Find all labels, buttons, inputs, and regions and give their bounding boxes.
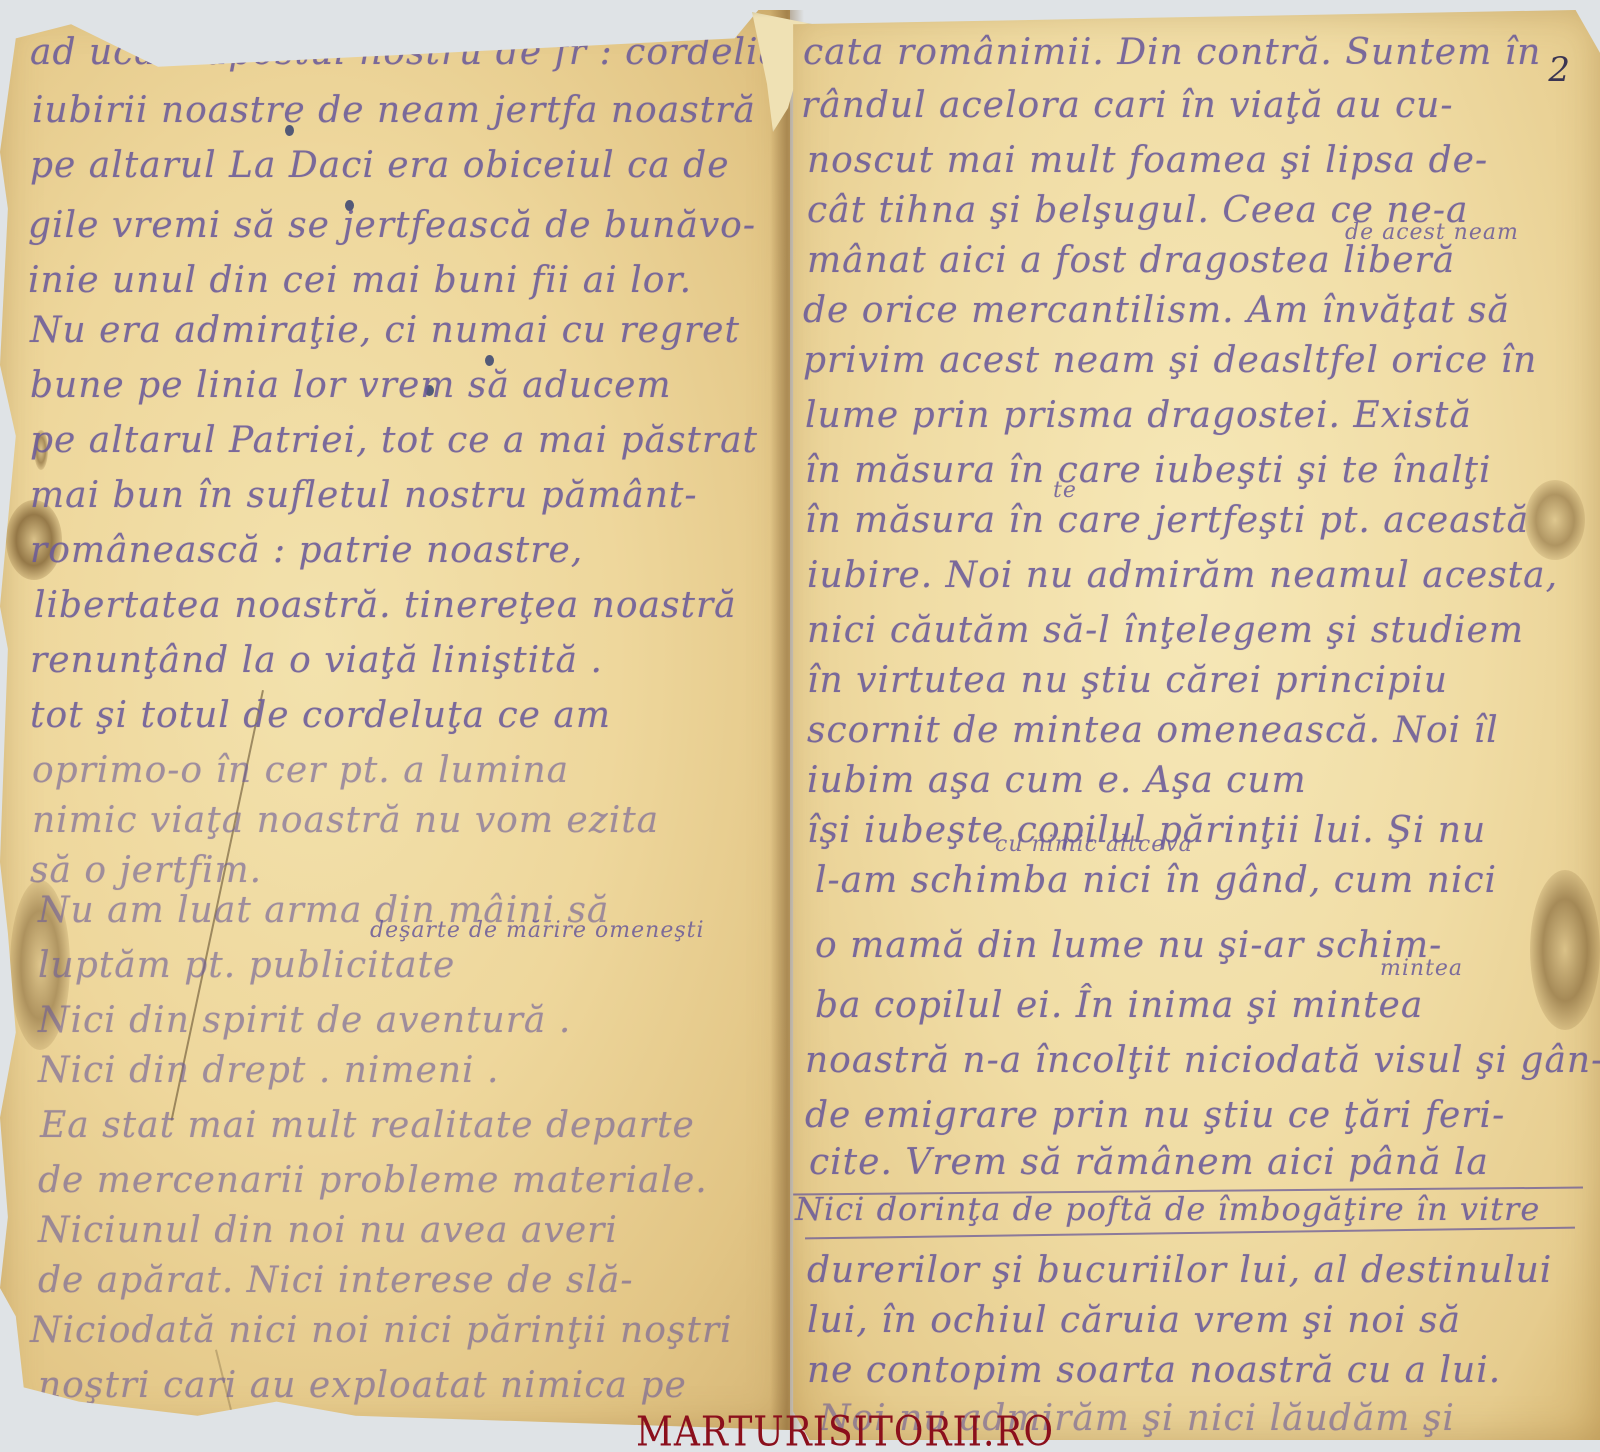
text-line: l-am schimba nici în gând, cum nici bbox=[815, 860, 1497, 901]
text-line: oprimo-o în cer pt. a lumina bbox=[32, 750, 569, 791]
text-line: nici căutăm să-l înţelegem şi studiem bbox=[807, 610, 1524, 651]
text-line: cata românimii. Din contră. Suntem în bbox=[803, 32, 1541, 73]
text-line: pe altarul La Daci era obiceiul ca de bbox=[30, 145, 730, 186]
text-line: ne contopim soarta noastră cu a lui. bbox=[807, 1350, 1501, 1391]
text-line: Nici dorinţa de poftă de îmbogăţire în v… bbox=[795, 1190, 1540, 1228]
text-line: iubire. Noi nu admirăm neamul acesta, bbox=[807, 555, 1558, 596]
text-line: noscut mai mult foamea şi lipsa de- bbox=[807, 140, 1488, 181]
site-watermark: MARTURISITORII.RO bbox=[636, 1409, 1054, 1452]
text-line: luptăm pt. publicitate bbox=[38, 945, 455, 986]
text-line: Niciodată nici noi nici părinţii noştri bbox=[30, 1310, 733, 1351]
divider-line bbox=[805, 1227, 1575, 1240]
text-line: privim acest neam şi deasltfel orice în bbox=[803, 340, 1537, 381]
text-line: ba copilul ei. În inima şi mintea bbox=[815, 985, 1423, 1026]
text-line: lui, în ochiul căruia vrem şi noi să bbox=[807, 1300, 1461, 1341]
text-line: bune pe linia lor vrem să aducem bbox=[30, 365, 672, 406]
text-line: noştri cari au exploatat nimica pe bbox=[38, 1365, 687, 1406]
text-line: în virtutea nu ştiu cărei principiu bbox=[807, 660, 1448, 701]
text-line: inie unul din cei mai buni fii ai lor. bbox=[28, 260, 692, 301]
text-line: să o jertfim. bbox=[30, 850, 262, 891]
water-stain bbox=[1525, 480, 1585, 560]
text-line: noastră n-a încolţit niciodată visul şi … bbox=[805, 1040, 1600, 1081]
text-line: pe altarul Patriei, tot ce a mai păstrat bbox=[30, 420, 758, 461]
inserted-phrase: cu nimic altceva bbox=[995, 832, 1193, 857]
text-line: lume prin prisma dragostei. Există bbox=[805, 395, 1472, 436]
text-line: Nici din spirit de aventură . bbox=[38, 1000, 571, 1041]
text-line: Nici din drept . nimeni . bbox=[38, 1050, 499, 1091]
text-line: în măsura în care jertfeşti pt. această bbox=[805, 500, 1529, 541]
notebook-spread: ad ucaui apostul nostru de fr : cordelia… bbox=[0, 0, 1600, 1452]
text-line: ad ucaui apostul nostru de fr : cordelia bbox=[30, 32, 781, 73]
text-line: de apărat. Nici interese de slă- bbox=[38, 1260, 634, 1301]
text-line: gile vremi să se jertfească de bunăvo- bbox=[28, 205, 756, 246]
text-line: nimic viaţa noastră nu vom ezita bbox=[32, 800, 659, 841]
text-line: iubim aşa cum e. Aşa cum bbox=[807, 760, 1307, 801]
text-line: de emigrare prin nu ştiu ce ţări feri- bbox=[805, 1095, 1505, 1136]
water-stain bbox=[1530, 870, 1600, 1030]
text-line: românească : patrie noastre, bbox=[30, 530, 583, 571]
text-line: cite. Vrem să rămânem aici până la bbox=[809, 1142, 1489, 1183]
text-line: Niciunul din noi nu avea averi bbox=[38, 1210, 618, 1251]
text-line: scornit de mintea omenească. Noi îl bbox=[807, 710, 1499, 751]
text-line: iubirii noastre de neam jertfa noastră bbox=[32, 90, 756, 131]
text-line: Ea stat mai mult realitate departe bbox=[40, 1105, 695, 1146]
left-page: ad ucaui apostul nostru de fr : cordelia… bbox=[0, 10, 790, 1430]
text-line: o mamă din lume nu şi-ar schim- bbox=[815, 925, 1442, 966]
right-page: 2 cata românimii. Din contră. Suntem în … bbox=[785, 10, 1600, 1440]
inserted-phrase: mintea bbox=[1380, 956, 1463, 981]
text-line: mânat aici a fost dragostea liberă bbox=[807, 240, 1455, 281]
inserted-phrase: deşarte de mărire omeneşti bbox=[370, 918, 705, 943]
text-line: durerilor şi bucuriilor lui, al destinul… bbox=[807, 1250, 1552, 1291]
text-line: în măsura în care iubeşti şi te înalţi bbox=[805, 450, 1492, 491]
text-line: rândul acelora cari în viaţă au cu- bbox=[801, 85, 1454, 126]
text-line: Nu era admiraţie, ci numai cu regret bbox=[30, 310, 740, 351]
text-line: mai bun în sufletul nostru pământ- bbox=[30, 475, 698, 516]
text-line: tot şi totul de cordeluţa ce am bbox=[30, 695, 611, 736]
text-line: de mercenarii probleme materiale. bbox=[38, 1160, 708, 1201]
text-line: libertatea noastră. tinereţea noastră bbox=[34, 585, 737, 626]
page-number: 2 bbox=[1548, 50, 1570, 90]
text-line: renunţând la o viaţă liniştită . bbox=[30, 640, 603, 681]
text-line: de orice mercantilism. Am învăţat să bbox=[803, 290, 1510, 331]
